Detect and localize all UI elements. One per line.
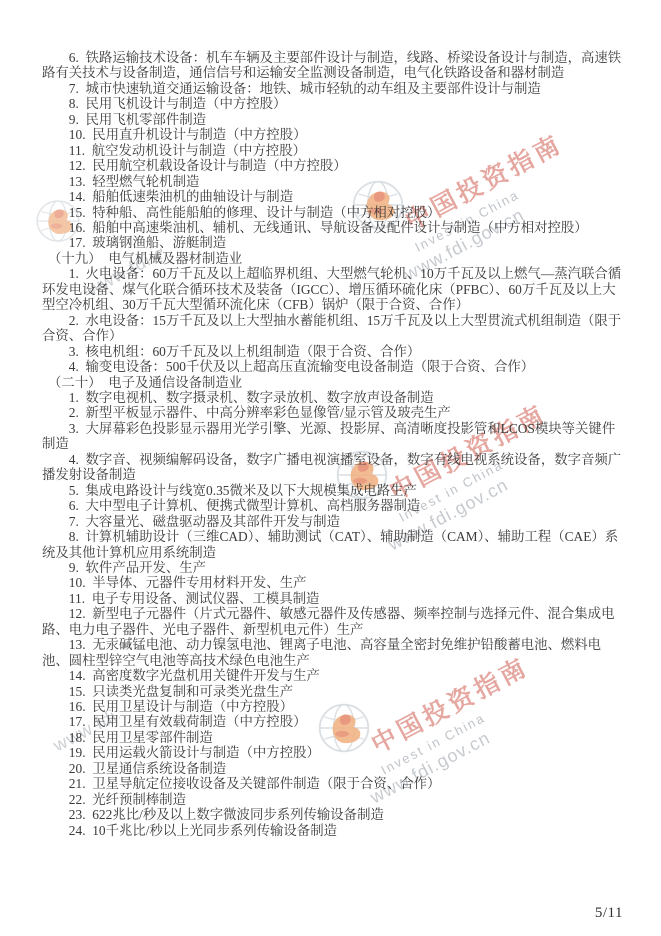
list-item: 12. 新型电子元器件（片式元器件、敏感元器件及传感器、频率控制与选择元件、混合…: [42, 606, 622, 637]
list-item: 14. 船舶低速柴油机的曲轴设计与制造: [42, 189, 622, 204]
list-item: 10. 半导体、元器件专用材料开发、生产: [42, 575, 622, 590]
list-item: 21. 卫星导航定位接收设备及关键部件制造（限于合资、合作）: [42, 776, 622, 791]
list-item: 12. 民用航空机载设备设计与制造（中方控股）: [42, 158, 622, 173]
list-item: 9. 软件产品开发、生产: [42, 560, 622, 575]
list-item: 22. 光纤预制棒制造: [42, 792, 622, 807]
list-item: 23. 622兆比/秒及以上数字微波同步系列传输设备制造: [42, 807, 622, 822]
list-item: 3. 大屏幕彩色投影显示器用光学引擎、光源、投影屏、高清晰度投影管和LCOS模块…: [42, 421, 622, 452]
list-item: 7. 大容量光、磁盘驱动器及其部件开发与制造: [42, 514, 622, 529]
list-item: 2. 新型平板显示器件、中高分辨率彩色显像管/显示管及玻壳生产: [42, 405, 622, 420]
page-number: 5/11: [595, 905, 623, 922]
list-item: 13. 轻型燃气轮机制造: [42, 174, 622, 189]
list-item: 11. 电子专用设备、测试仪器、工模具制造: [42, 591, 622, 606]
list-item: 15. 特种船、高性能船舶的修理、设计与制造（中方相对控股）: [42, 205, 622, 220]
list-item: 5. 集成电路设计与线宽0.35微米及以下大规模集成电路生产: [42, 483, 622, 498]
document-body: 6. 铁路运输技术设备：机车车辆及主要部件设计与制造，线路、桥梁设备设计与制造，…: [42, 50, 622, 838]
list-item: 7. 城市快速轨道交通运输设备：地铁、城市轻轨的动车组及主要部件设计与制造: [42, 81, 622, 96]
list-item: 13. 无汞碱锰电池、动力镍氢电池、锂离子电池、高容量全密封免维护铅酸蓄电池、燃…: [42, 637, 622, 668]
list-item: 19. 民用运载火箭设计与制造（中方控股）: [42, 745, 622, 760]
list-item: 20. 卫星通信系统设备制造: [42, 761, 622, 776]
list-item: 10. 民用直升机设计与制造（中方控股）: [42, 127, 622, 142]
document-page: 中国投资指南 Invest in China www.fdi.gov.cn 中国…: [0, 0, 661, 936]
list-item: 15. 只读类光盘复制和可录类光盘生产: [42, 684, 622, 699]
list-item: 1. 数字电视机、数字摄录机、数字录放机、数字放声设备制造: [42, 390, 622, 405]
list-item: 14. 高密度数字光盘机用关键件开发与生产: [42, 668, 622, 683]
list-item: 6. 大中型电子计算机、便携式微型计算机、高档服务器制造: [42, 498, 622, 513]
section-heading: （十九） 电气机械及器材制造业: [42, 251, 622, 266]
list-item: 24. 10千兆比/秒以上光同步系列传输设备制造: [42, 823, 622, 838]
list-item: 6. 铁路运输技术设备：机车车辆及主要部件设计与制造，线路、桥梁设备设计与制造，…: [42, 50, 622, 81]
list-item: 11. 航空发动机设计与制造（中方控股）: [42, 143, 622, 158]
list-item: 16. 船舶中高速柴油机、辅机、无线通讯、导航设备及配件设计与制造（中方相对控股…: [42, 220, 622, 235]
list-item: 18. 民用卫星零部件制造: [42, 730, 622, 745]
list-item: 3. 核电机组：60万千瓦及以上机组制造（限于合资、合作）: [42, 344, 622, 359]
list-item: 8. 民用飞机设计与制造（中方控股）: [42, 96, 622, 111]
list-item: 4. 数字音、视频编解码设备，数字广播电视演播室设备，数字有线电视系统设备，数字…: [42, 452, 622, 483]
section-heading: （二十） 电子及通信设备制造业: [42, 375, 622, 390]
list-item: 4. 输变电设备：500千伏及以上超高压直流输变电设备制造（限于合资、合作）: [42, 359, 622, 374]
list-item: 2. 水电设备：15万千瓦及以上大型抽水蓄能机组、15万千瓦及以上大型贯流式机组…: [42, 313, 622, 344]
list-item: 8. 计算机辅助设计（三维CAD）、辅助测试（CAT）、辅助制造（CAM）、辅助…: [42, 529, 622, 560]
list-item: 9. 民用飞机零部件制造: [42, 112, 622, 127]
list-item: 17. 玻璃钢渔船、游艇制造: [42, 235, 622, 250]
list-item: 1. 火电设备：60万千瓦及以上超临界机组、大型燃气轮机、10万千瓦及以上燃气—…: [42, 266, 622, 312]
list-item: 17. 民用卫星有效载荷制造（中方控股）: [42, 714, 622, 729]
list-item: 16. 民用卫星设计与制造（中方控股）: [42, 699, 622, 714]
